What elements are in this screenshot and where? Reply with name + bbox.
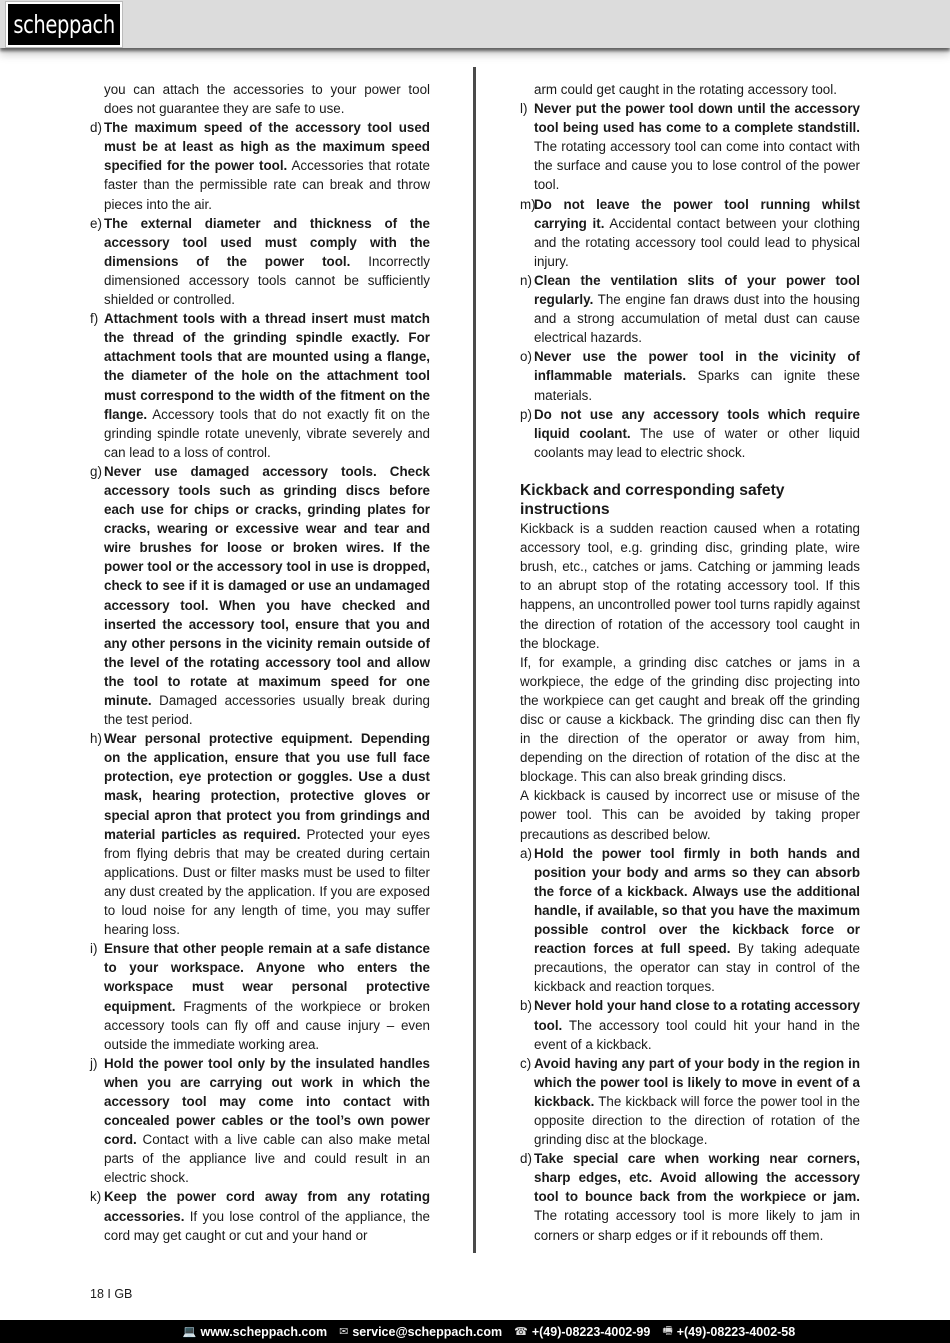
footer-phone: ☎ +(49)-08223-4002-99 <box>514 1325 650 1339</box>
item-label: d) <box>90 118 102 137</box>
list-item-g: g)Never use damaged accessory tools. Che… <box>90 462 430 729</box>
computer-icon: 💻 <box>183 1325 197 1338</box>
fax-number: +(49)-08223-4002-58 <box>677 1325 796 1339</box>
phone-number: +(49)-08223-4002-99 <box>532 1325 651 1339</box>
item-label: i) <box>90 939 97 958</box>
footer-website[interactable]: 💻 www.scheppach.com <box>183 1325 327 1339</box>
section-heading-kickback: Kickback and corresponding safety instru… <box>520 481 860 519</box>
item-bold-text: Wear personal protective equipment. Depe… <box>104 731 430 841</box>
kickback-paragraph: Kickback is a sudden reaction caused whe… <box>520 519 860 653</box>
item-label: b) <box>520 996 532 1015</box>
item-label: m) <box>520 195 536 214</box>
kickback-paragraph: If, for example, a grinding disc catches… <box>520 653 860 787</box>
kickback-item-c: c)Avoid having any part of your body in … <box>520 1054 860 1149</box>
kickback-item-d: d)Take special care when working near co… <box>520 1149 860 1244</box>
logo-text: scheppach <box>13 12 115 37</box>
list-item-n: n)Clean the ventilation slits of your po… <box>520 271 860 347</box>
item-label: g) <box>90 462 102 481</box>
footer-email[interactable]: ✉ service@scheppach.com <box>339 1325 502 1339</box>
website-link[interactable]: www.scheppach.com <box>200 1325 327 1339</box>
column-divider <box>473 67 476 1253</box>
email-link[interactable]: service@scheppach.com <box>352 1325 502 1339</box>
item-label: c) <box>520 1054 531 1073</box>
page-header: scheppach <box>0 0 950 48</box>
kickback-item-a: a)Hold the power tool firmly in both han… <box>520 844 860 997</box>
item-bold-text: Take special care when working near corn… <box>534 1151 860 1204</box>
list-item-k: k)Keep the power cord away from any rota… <box>90 1187 430 1244</box>
page-number: 18 I GB <box>90 1287 132 1301</box>
kickback-item-b: b)Never hold your hand close to a rotati… <box>520 996 860 1053</box>
left-column: you can attach the accessories to your p… <box>90 80 430 1245</box>
item-text: Protected your eyes from flying debris t… <box>104 827 430 937</box>
item-bold-text: Hold the power tool firmly in both hands… <box>534 846 860 956</box>
kickback-paragraph: A kickback is caused by incorrect use or… <box>520 786 860 843</box>
right-column: arm could get caught in the rotating acc… <box>520 80 860 1245</box>
list-item-e: e)The external diameter and thickness of… <box>90 214 430 309</box>
footer-fax: 🖷 +(49)-08223-4002-58 <box>662 1322 795 1341</box>
item-label: l) <box>520 99 527 118</box>
list-item-o: o)Never use the power tool in the vicini… <box>520 347 860 404</box>
item-label: o) <box>520 347 532 366</box>
continuation-text: arm could get caught in the rotating acc… <box>520 80 860 99</box>
item-bold-text: Attachment tools with a thread insert mu… <box>104 311 430 421</box>
telephone-icon: ☎ <box>514 1325 528 1338</box>
item-label: a) <box>520 844 532 863</box>
item-label: n) <box>520 271 532 290</box>
item-bold-text: Never put the power tool down until the … <box>534 101 860 135</box>
list-item-l: l)Never put the power tool down until th… <box>520 99 860 194</box>
list-item-m: m)Do not leave the power tool running wh… <box>520 195 860 271</box>
item-text: Contact with a live cable can also make … <box>104 1132 430 1185</box>
item-label: f) <box>90 309 98 328</box>
list-item-i: i)Ensure that other people remain at a s… <box>90 939 430 1054</box>
item-label: d) <box>520 1149 532 1168</box>
fax-icon: 🖷 <box>662 1322 672 1341</box>
item-text: Damaged accessories usually break during… <box>104 693 430 727</box>
item-label: h) <box>90 729 102 748</box>
list-item-p: p)Do not use any accessory tools which r… <box>520 405 860 462</box>
item-text: The accessory tool could hit your hand i… <box>534 1018 860 1052</box>
item-label: p) <box>520 405 532 424</box>
list-item-h: h)Wear personal protective equipment. De… <box>90 729 430 939</box>
list-item-j: j)Hold the power tool only by the insula… <box>90 1054 430 1188</box>
item-text: The rotating accessory tool can come int… <box>534 139 860 192</box>
item-label: e) <box>90 214 102 233</box>
mail-icon: ✉ <box>339 1325 348 1338</box>
list-item-f: f)Attachment tools with a thread insert … <box>90 309 430 462</box>
item-bold-text: Never use damaged accessory tools. Check… <box>104 464 430 708</box>
item-text: Accessory tools that do not exactly fit … <box>104 407 430 460</box>
item-label: k) <box>90 1187 101 1206</box>
scheppach-logo: scheppach <box>6 2 122 47</box>
page-footer: 💻 www.scheppach.com ✉ service@scheppach.… <box>0 1320 950 1343</box>
item-label: j) <box>90 1054 97 1073</box>
continuation-text: you can attach the accessories to your p… <box>90 80 430 118</box>
list-item-d: d)The maximum speed of the accessory too… <box>90 118 430 213</box>
item-text: The rotating accessory tool is more like… <box>534 1208 860 1242</box>
